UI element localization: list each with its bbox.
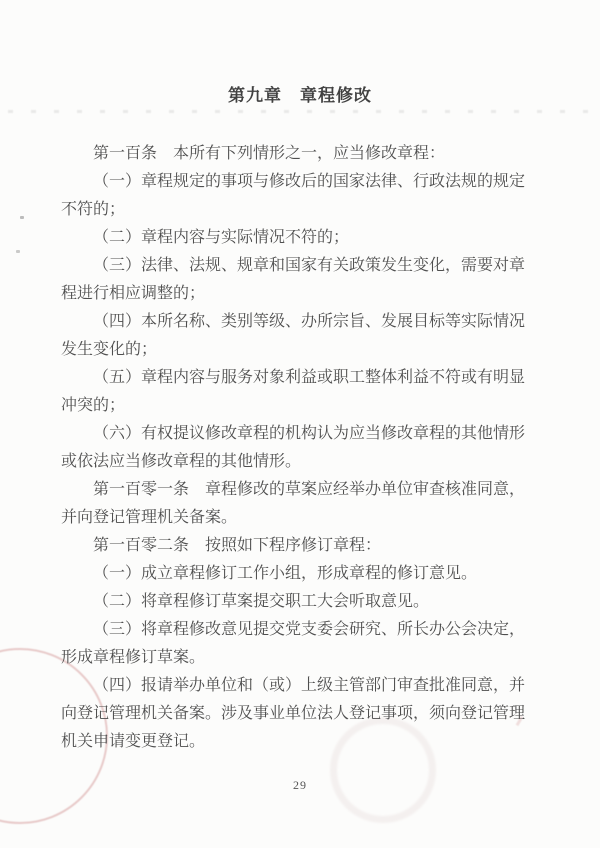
ink-speck bbox=[20, 216, 24, 219]
document-paragraph: （一）章程规定的事项与修改后的国家法律、行政法规的规定不符的； bbox=[61, 168, 525, 224]
document-paragraph: （二）章程内容与实际情况不符的； bbox=[61, 224, 525, 252]
chapter-title: 第九章 章程修改 bbox=[0, 81, 600, 106]
document-paragraph: 第一百零一条 章程修改的草案应经举办单位审查核准同意，并向登记管理机关备案。 bbox=[61, 476, 525, 532]
document-paragraph: 第一百条 本所有下列情形之一，应当修改章程： bbox=[61, 140, 525, 168]
document-paragraph: （四）本所名称、类别等级、办所宗旨、发展目标等实际情况发生变化的； bbox=[61, 308, 525, 364]
document-paragraph: （六）有权提议修改章程的机构认为应当修改章程的其他情形或依法应当修改章程的其他情… bbox=[61, 420, 525, 476]
document-paragraph: （一）成立章程修订工作小组，形成章程的修订意见。 bbox=[61, 560, 525, 588]
document-paragraph: （四）报请举办单位和（或）上级主管部门审查批准同意，并向登记管理机关备案。涉及事… bbox=[61, 672, 525, 756]
document-paragraph: （二）将章程修订草案提交职工大会听取意见。 bbox=[61, 588, 525, 616]
document-paragraph: （三）法律、法规、规章和国家有关政策发生变化，需要对章程进行相应调整的； bbox=[61, 252, 525, 308]
document-paragraph: （五）章程内容与服务对象利益或职工整体利益不符或有明显冲突的； bbox=[61, 364, 525, 420]
page-number: 29 bbox=[0, 778, 600, 793]
ink-speck bbox=[16, 250, 20, 253]
document-paragraph: （三）将章程修改意见提交党支委会研究、所长办公会决定，形成章程修订草案。 bbox=[61, 616, 525, 672]
scan-smudge-line bbox=[8, 110, 592, 113]
document-page: 第九章 章程修改 第一百条 本所有下列情形之一，应当修改章程： （一）章程规定的… bbox=[0, 0, 600, 848]
document-paragraph: 第一百零二条 按照如下程序修订章程： bbox=[61, 532, 525, 560]
document-body: 第一百条 本所有下列情形之一，应当修改章程： （一）章程规定的事项与修改后的国家… bbox=[61, 140, 525, 756]
